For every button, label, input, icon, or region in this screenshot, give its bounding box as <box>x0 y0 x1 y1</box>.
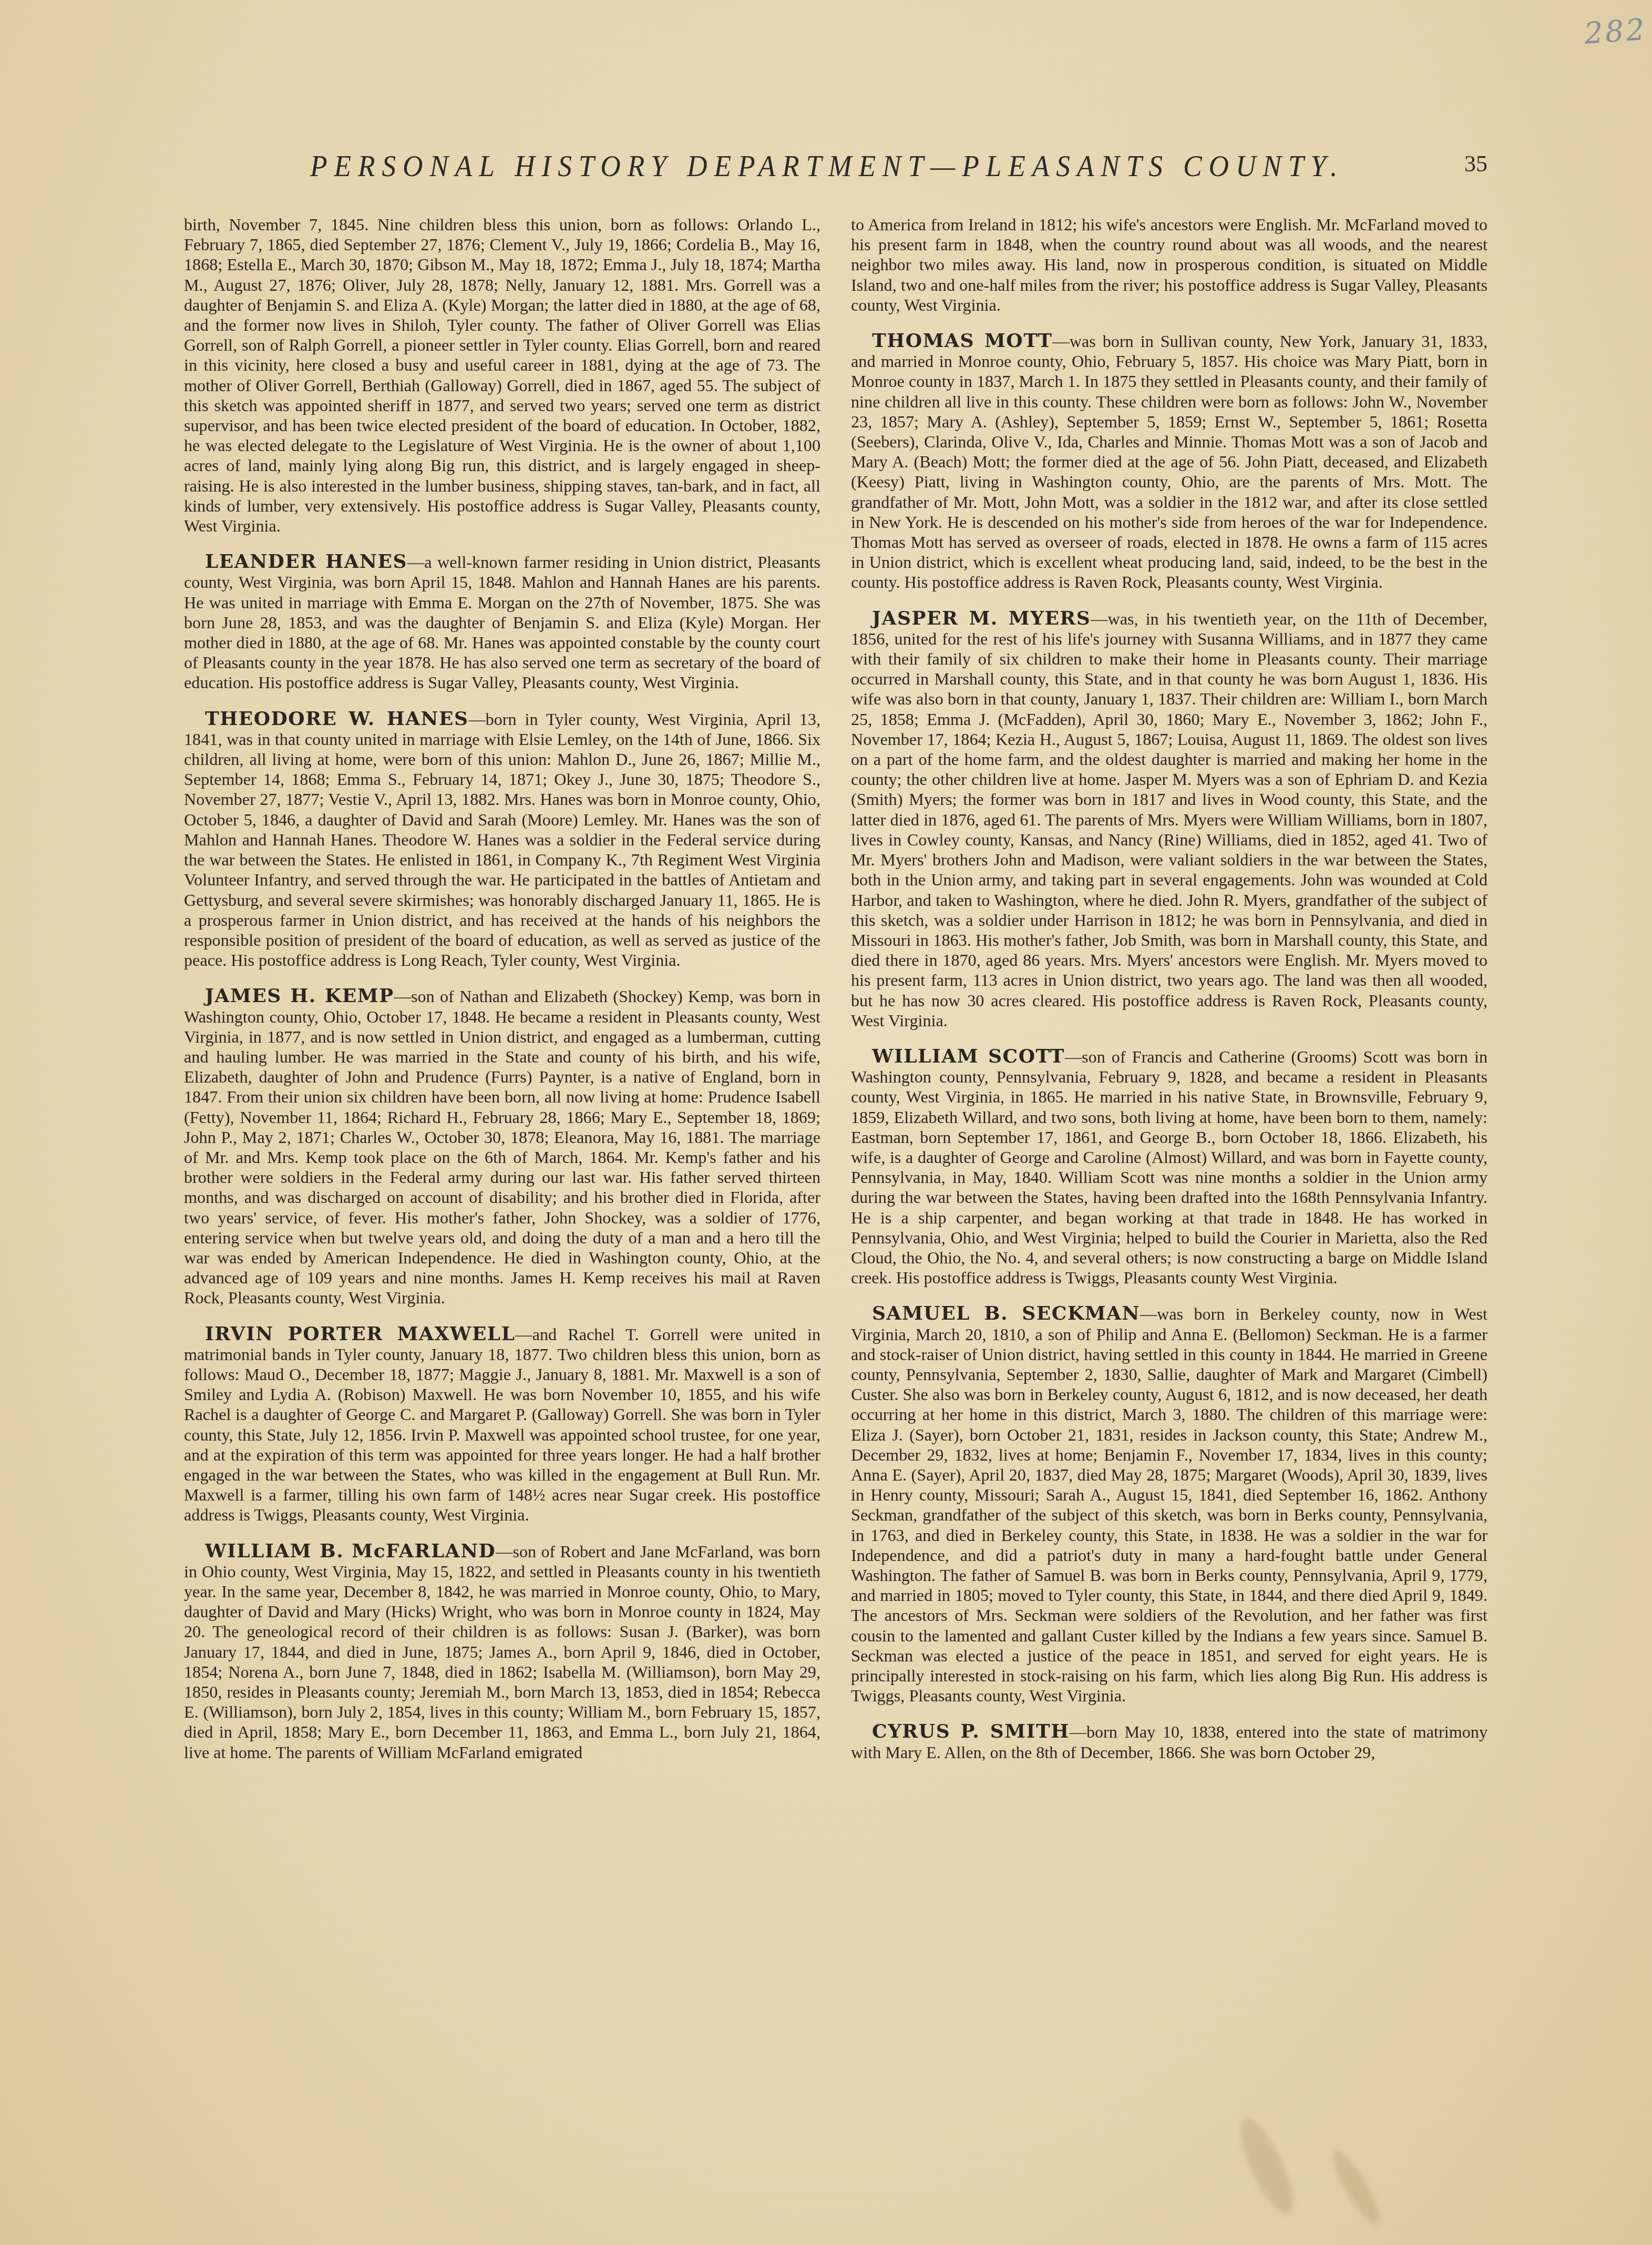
pencil-page-annotation: 282 <box>1583 13 1648 51</box>
biography-entry: CYRUS P. SMITH—born May 10, 1838, entere… <box>851 1721 1487 1762</box>
entry-text: —son of Nathan and Elizabeth (Shockey) K… <box>184 987 820 1307</box>
biography-entry: WILLIAM B. McFARLAND—son of Robert and J… <box>184 1541 820 1762</box>
entry-name: CYRUS P. SMITH <box>872 1720 1070 1742</box>
entry-text: —was born in Berkeley county, now in Wes… <box>851 1304 1487 1705</box>
biography-entry: LEANDER HANES—a well-known farmer residi… <box>184 552 820 692</box>
biography-entry: THEODORE W. HANES—born in Tyler county, … <box>184 709 820 971</box>
biography-entry: SAMUEL B. SECKMAN—was born in Berkeley c… <box>851 1303 1487 1706</box>
biography-entry: THOMAS MOTT—was born in Sullivan county,… <box>851 331 1487 593</box>
biography-entry: JASPER M. MYERS—was, in his twentieth ye… <box>851 608 1487 1030</box>
entry-text: —born in Tyler county, West Virginia, Ap… <box>184 710 820 970</box>
entry-text: —son of Robert and Jane McFarland, was b… <box>184 1542 820 1762</box>
entry-name: WILLIAM SCOTT <box>872 1045 1065 1067</box>
entry-name: WILLIAM B. McFARLAND <box>205 1540 496 1562</box>
entry-name: THOMAS MOTT <box>872 330 1052 352</box>
entry-text: —was, in his twentieth year, on the 11th… <box>851 609 1487 1030</box>
entry-name: IRVIN PORTER MAXWELL <box>205 1323 515 1345</box>
biography-entry: JAMES H. KEMP—son of Nathan and Elizabet… <box>184 986 820 1308</box>
entry-name: LEANDER HANES <box>205 550 407 573</box>
entry-name: JASPER M. MYERS <box>872 607 1091 629</box>
entry-text: —and Rachel T. Gorrell were united in ma… <box>184 1325 820 1525</box>
entry-name: THEODORE W. HANES <box>205 708 468 730</box>
entry-text: to America from Ireland in 1812; his wif… <box>851 215 1487 314</box>
page-number: 35 <box>1464 150 1487 177</box>
entry-text: —a well-known farmer residing in Union d… <box>184 553 820 692</box>
biography-continuation: birth, November 7, 1845. Nine children b… <box>184 215 820 536</box>
running-head: PERSONAL HISTORY DEPARTMENT—PLEASANTS CO… <box>310 148 1493 185</box>
running-title: PERSONAL HISTORY DEPARTMENT—PLEASANTS CO… <box>310 148 1344 183</box>
biography-entry: WILLIAM SCOTT—son of Francis and Catheri… <box>851 1046 1487 1288</box>
entry-name: JAMES H. KEMP <box>205 985 394 1007</box>
right-column: to America from Ireland in 1812; his wif… <box>851 215 1487 1778</box>
left-column: birth, November 7, 1845. Nine children b… <box>184 215 820 1778</box>
biography-entry: IRVIN PORTER MAXWELL—and Rachel T. Gorre… <box>184 1324 820 1525</box>
text-columns: birth, November 7, 1845. Nine children b… <box>184 215 1487 1778</box>
entry-text: —son of Francis and Catherine (Grooms) S… <box>851 1047 1487 1287</box>
entry-text: birth, November 7, 1845. Nine children b… <box>184 215 820 535</box>
entry-name: SAMUEL B. SECKMAN <box>872 1302 1140 1324</box>
biography-continuation: to America from Ireland in 1812; his wif… <box>851 215 1487 315</box>
entry-text: —was born in Sullivan county, New York, … <box>851 332 1487 591</box>
paper-stain <box>1326 2146 1387 2229</box>
paper-stain <box>1230 2112 1304 2221</box>
